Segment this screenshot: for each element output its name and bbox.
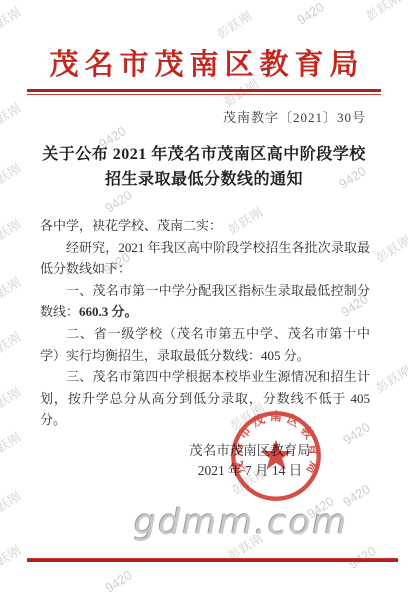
watermark-name: 彭跃刚 <box>0 273 24 309</box>
watermark-code: 9420 <box>102 567 134 592</box>
salutation: 各中学，袂花学校、茂南二实： <box>40 215 370 237</box>
document-title-line1: 关于公布 2021 年茂名市茂南区高中阶段学校 <box>0 142 408 167</box>
watermark-name: 彭跃刚 <box>0 428 24 464</box>
letterhead-divider <box>27 89 381 95</box>
watermark-name: 彭跃刚 <box>373 361 408 397</box>
watermark-name: 彭跃刚 <box>214 7 256 43</box>
watermark-name: 彭跃刚 <box>373 231 408 267</box>
watermark-name: 彭跃刚 <box>0 328 24 364</box>
item1-score-value: 660.3 分。 <box>79 304 138 319</box>
paragraph-intro: 经研究，2021 年我区高中阶段学校招生各批次录取最低分数线如下： <box>40 237 370 280</box>
site-watermark: gdmm.com <box>134 503 349 543</box>
official-seal: 茂名市茂南区教育局 <box>228 408 324 504</box>
watermark-name: 彭跃刚 <box>0 99 24 135</box>
paragraph-item2: 二、省一级学校（茂名市第五中学、茂名市第十中学）实行均衡招生，录取最低分数线：4… <box>40 323 370 366</box>
watermark-name: 彭跃刚 <box>0 541 24 577</box>
footer-divider <box>27 558 398 562</box>
document-title: 关于公布 2021 年茂名市茂南区高中阶段学校 招生录取最低分数线的通知 <box>0 142 408 192</box>
document-page: 彭跃刚彭跃刚9420彭跃刚彭跃刚9420彭跃刚彭跃刚94209420彭跃刚彭跃刚… <box>0 0 408 592</box>
watermark-code: 9420 <box>294 0 326 28</box>
letterhead-agency-name: 茂名市茂南区教育局 <box>0 42 408 83</box>
watermark-name: 彭跃刚 <box>0 383 24 419</box>
watermark-name: 彭跃刚 <box>363 0 405 24</box>
watermark-name: 彭跃刚 <box>0 3 24 39</box>
document-title-line2: 招生录取最低分数线的通知 <box>0 167 408 192</box>
seal-star-icon <box>260 440 291 470</box>
document-body: 各中学，袂花学校、茂南二实： 经研究，2021 年我区高中阶段学校招生各批次录取… <box>40 215 370 431</box>
watermark-name: 彭跃刚 <box>0 487 24 523</box>
watermark-name: 彭跃刚 <box>0 215 24 251</box>
document-number: 茂南教字〔2021〕30号 <box>223 107 366 126</box>
paragraph-item1: 一、茂名市第一中学分配我区指标生录取最低控制分数线：660.3 分。 <box>40 280 370 323</box>
